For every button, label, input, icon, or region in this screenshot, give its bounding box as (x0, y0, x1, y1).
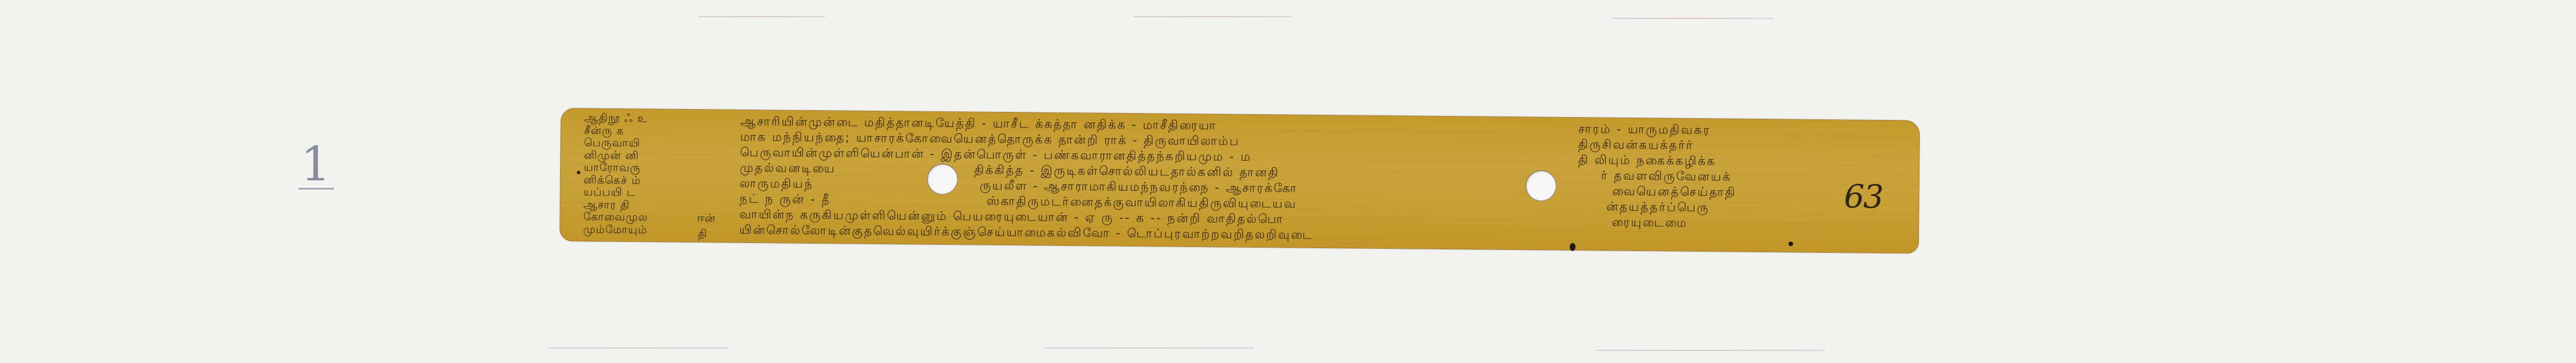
ink-blot (1570, 243, 1576, 251)
margin-line: யப்பயி ட (584, 186, 681, 199)
folio-number: 63 (1844, 180, 1883, 215)
body-line-text: முதல்வனடியை (740, 160, 836, 177)
ruler-mark-top-2 (1134, 16, 1291, 17)
body-line-text: வையெனத்செய்தாதி (1612, 184, 1736, 200)
margin-note: ஈன் (697, 212, 715, 226)
body-line-text: ன்தயத்தர்ப்பெரு (1606, 199, 1709, 216)
margin-column: ஆதிநூ ஃ உ சீன்ரு க பெருவாயி னிமுன் னி யா… (583, 112, 682, 237)
body-line-text: லாருமதியந் (740, 176, 814, 192)
body-line-text: தி லியும் நகைக்கழிக்க (1578, 152, 1716, 169)
body-line-text: திருசிவன்கயக்தர்ர் (1578, 137, 1694, 153)
body-line-text: ரையுடைமை (1612, 215, 1687, 231)
margin-line: மும்மோயும் (583, 223, 681, 237)
pencil-number-underline (298, 188, 334, 190)
body-line-text: ர் தவளவிருவேனயக் (1601, 168, 1732, 184)
margin-note: தி (698, 227, 707, 242)
margin-line: ஆதிநூ ஃ உ (584, 112, 682, 125)
pencil-sequence-number-text: 1 (301, 137, 331, 192)
margin-line: கோவைமுல (583, 211, 681, 224)
ruler-mark-bottom-2 (1045, 347, 1254, 349)
ruler-mark-top-3 (1613, 18, 1774, 19)
palm-leaf-manuscript: ஆதிநூ ஃ உ சீன்ரு க பெருவாயி னிமுன் னி யா… (560, 108, 1920, 253)
body-line-text: நட் ந ருன் - தீ (739, 191, 831, 207)
body-text: ஆசாரியின்முன்டை மதித்தானடியேத்தி - யாசீட… (739, 114, 1791, 248)
margin-line: யாரோவரு (584, 161, 681, 175)
ruler-mark-bottom-1 (548, 347, 729, 349)
pencil-sequence-number: 1 (295, 140, 336, 195)
ink-blot (1789, 241, 1793, 246)
margin-line: பெருவாயி (584, 137, 681, 150)
body-line-text: சாரம் - யாருமதிவகர (1578, 121, 1711, 138)
margin-line: சீன்ரு க (584, 125, 682, 138)
margin-line: னிக்கெச் ம் (584, 174, 681, 187)
ruler-mark-top-1 (698, 16, 825, 17)
margin-line: ஆசார தி (583, 199, 681, 212)
binding-hole-left (927, 164, 958, 195)
binding-hole-right (1526, 170, 1557, 201)
ruler-mark-bottom-3 (1596, 350, 1825, 351)
ink-dot (577, 171, 580, 174)
margin-line: னிமுன் னி (584, 149, 681, 163)
